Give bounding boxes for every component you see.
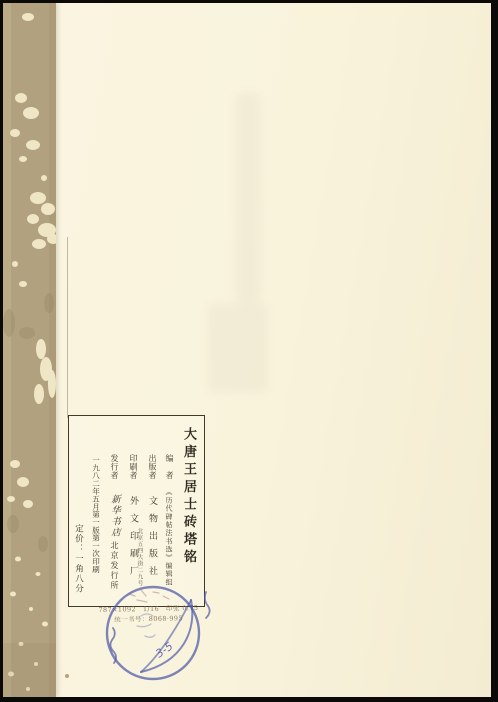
edition-line: 一九八二年五月第一版第一次印刷 (92, 456, 100, 573)
publisher-column: 出版者文物出版社 (144, 454, 160, 583)
library-stamp: 3-5 (93, 578, 221, 696)
book-page: 大唐王居士砖塔铭 编 者《历代碑帖法书选》编辑组 出版者文物出版社 北京五四大街… (3, 3, 491, 697)
paper-speck (65, 674, 69, 678)
show-through-smudge (235, 93, 261, 303)
page-crease-line (67, 237, 68, 418)
printer-value: 外文印刷厂 (128, 496, 138, 584)
editor-label: 编 者 (165, 454, 174, 480)
photo-frame: 大唐王居士砖塔铭 编 者《历代碑帖法书选》编辑组 出版者文物出版社 北京五四大街… (0, 0, 498, 702)
publisher-label: 出版者 (148, 454, 157, 480)
stamp-scribble-center (137, 614, 155, 637)
distributor-column: 发行者新华书店北京发行所 (106, 454, 122, 591)
distributor-label: 发行者 (110, 454, 119, 480)
stamp-scribble-topright (205, 592, 210, 618)
endpaper-strip (3, 3, 56, 697)
book-title: 大唐王居士砖塔铭 (182, 427, 195, 567)
editor-column: 编 者《历代碑帖法书选》编辑组 (161, 454, 177, 586)
editor-value: 《历代碑帖法书选》编辑组 (165, 488, 173, 586)
price-line: 定价：一角八分 (74, 524, 83, 594)
printer-label: 印刷者 (129, 454, 138, 480)
show-through-smudge (208, 303, 268, 393)
distributor-brand-script: 新华书店 (109, 494, 120, 538)
printer-column: 印刷者外文印刷厂 (125, 454, 141, 583)
publisher-value: 文物出版社 (147, 496, 157, 584)
